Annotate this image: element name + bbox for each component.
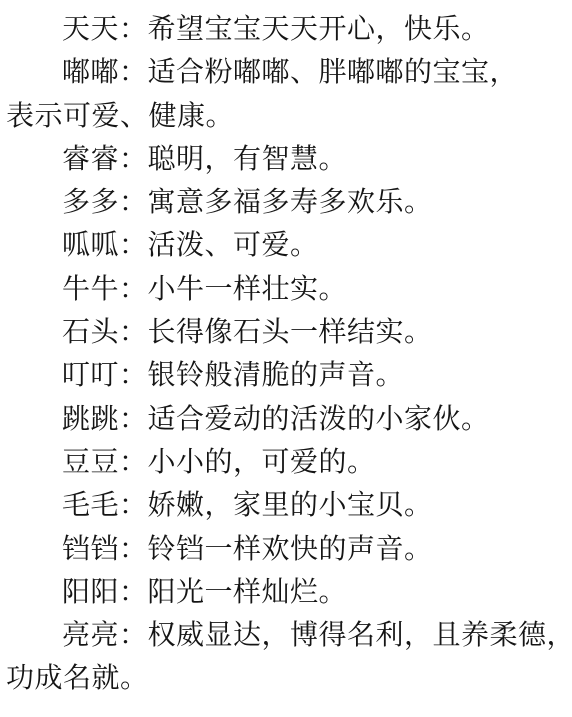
text-line: 天天：希望宝宝天天开心，快乐。 xyxy=(6,8,568,51)
text-line: 多多：寓意多福多寿多欢乐。 xyxy=(6,181,568,224)
text-line: 睿睿：聪明，有智慧。 xyxy=(6,138,568,181)
document-page: 天天：希望宝宝天天开心，快乐。嘟嘟：适合粉嘟嘟、胖嘟嘟的宝宝，表示可爱、健康。睿… xyxy=(0,0,572,717)
text-line: 毛毛：娇嫩，家里的小宝贝。 xyxy=(6,484,568,527)
text-line: 表示可爱、健康。 xyxy=(6,95,568,138)
text-line: 铛铛：铃铛一样欢快的声音。 xyxy=(6,528,568,571)
text-line: 嘟嘟：适合粉嘟嘟、胖嘟嘟的宝宝， xyxy=(6,51,568,94)
text-line: 跳跳：适合爱动的活泼的小家伙。 xyxy=(6,398,568,441)
text-line: 阳阳：阳光一样灿烂。 xyxy=(6,571,568,614)
text-line: 亮亮：权威显达，博得名利，且养柔德， xyxy=(6,614,568,657)
text-line: 叮叮：银铃般清脆的声音。 xyxy=(6,354,568,397)
text-line: 豆豆：小小的，可爱的。 xyxy=(6,441,568,484)
text-line: 牛牛：小牛一样壮实。 xyxy=(6,268,568,311)
text-line: 石头：长得像石头一样结实。 xyxy=(6,311,568,354)
text-line: 功成名就。 xyxy=(6,657,568,700)
text-lines: 天天：希望宝宝天天开心，快乐。嘟嘟：适合粉嘟嘟、胖嘟嘟的宝宝，表示可爱、健康。睿… xyxy=(6,8,568,701)
text-line: 呱呱：活泼、可爱。 xyxy=(6,224,568,267)
